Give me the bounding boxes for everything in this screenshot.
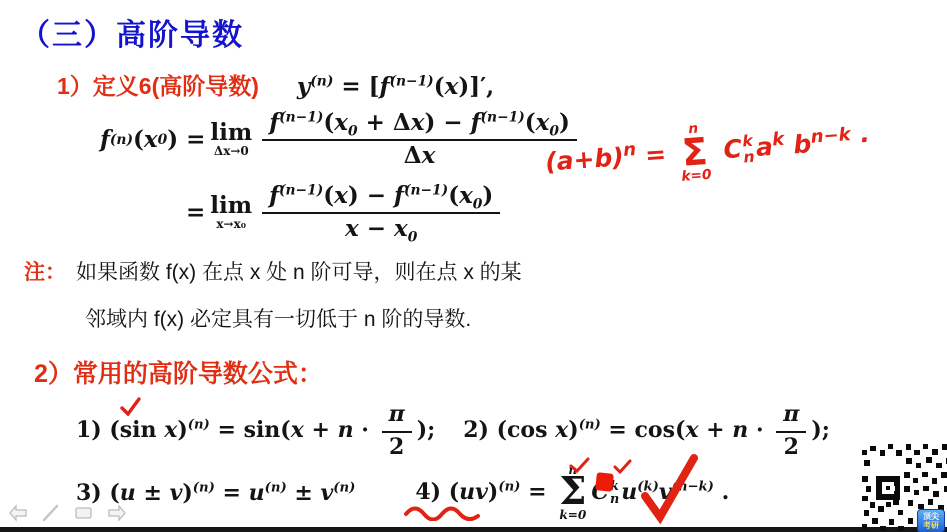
formula-sin: 1) (sin x)(n) = sin(x + n · π2);	[76, 402, 435, 460]
formula-cos: 2) (cos x)(n) = cos(x + n · π2);	[463, 402, 830, 460]
formula-nth-derivative-def: y(n) = [f(n−1)(x)]′,	[297, 73, 494, 100]
note-line1-text: 如果函数 f(x) 在点 x 处 n 阶可导，则在点 x 的某	[76, 261, 522, 284]
handwritten-binomial-annotation: (a+b)n = nΣk=0 Cknak bn−k ·	[543, 111, 871, 194]
note-line1: 注：如果函数 f(x) 在点 x 处 n 阶可导，则在点 x 的某	[24, 256, 522, 286]
qr-badge-line1: 顶尖	[923, 512, 939, 521]
pen-icon	[40, 503, 62, 523]
lecture-slide: （三）高阶导数 1）定义6(高阶导数) y(n) = [f(n−1)(x)]′,…	[0, 0, 947, 532]
pen-tool-button[interactable]	[39, 503, 63, 523]
prev-slide-button[interactable]	[6, 503, 30, 523]
formula-row-1: 1) (sin x)(n) = sin(x + n · π2); 2) (cos…	[76, 400, 830, 462]
slides-panel-icon	[73, 503, 95, 523]
note-line2: 邻域内 f(x) 必定具有一切低于 n 阶的导数.	[85, 303, 471, 333]
bottom-bar	[0, 527, 947, 532]
pointer-square-icon	[595, 472, 614, 492]
note-label: 注：	[24, 261, 66, 284]
section2-heading: 2）常用的高阶导数公式：	[34, 354, 323, 390]
page-title: （三）高阶导数	[20, 10, 244, 54]
qr-badge-line2: 考研	[923, 521, 939, 530]
section1-heading: 1）定义6(高阶导数)	[57, 68, 259, 101]
formula-row-2: 3) (u ± v)(n) = u(n) ± v(n) 4) (uv)(n) =…	[76, 458, 729, 528]
formula-leibniz: 4) (uv)(n) = nΣk=0Cknu(k)v(n−k) .	[415, 464, 729, 522]
slides-panel-button[interactable]	[72, 503, 96, 523]
section1-row: 1）定义6(高阶导数) y(n) = [f(n−1)(x)]′,	[57, 68, 494, 101]
limit-formula-line1: f(n)(x0) = limΔx→0f(n−1)(x0 + Δx) − f(n−…	[100, 110, 582, 170]
next-slide-button[interactable]	[105, 503, 129, 523]
limit-formula-line2: = limx→x₀f(n−1)(x) − f(n−1)(x0)x − x0	[186, 183, 505, 243]
forward-arrow-icon	[106, 503, 128, 523]
qr-brand-badge: 顶尖 考研	[917, 509, 945, 532]
toolbar	[6, 503, 129, 523]
back-arrow-icon	[7, 503, 29, 523]
